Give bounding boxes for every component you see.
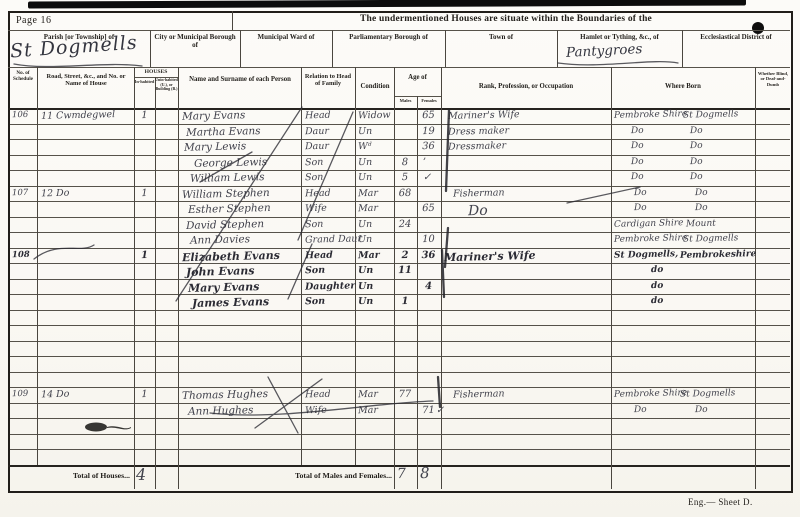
cell-condition: Un — [358, 234, 372, 245]
table-row: Mary EvansDaughterUn4do — [0, 279, 800, 295]
table-row: 10712 Do1William StephenHeadMar68Fisherm… — [0, 186, 800, 202]
column-header-houses: HOUSES — [134, 69, 178, 75]
cell-road: 11 Cwmdegwel — [41, 109, 115, 122]
cell-where-born: Do — [631, 125, 644, 135]
cell-where-born: do — [651, 296, 664, 306]
cell-age-males: 8 — [394, 156, 416, 168]
cell-relation: Grand Daur — [305, 233, 362, 245]
cell-condition: Wᵈ — [358, 141, 372, 152]
cell-where-born: Do — [634, 405, 647, 415]
cell-relation: Wife — [305, 405, 327, 417]
table-row: William LewisSonUn5DoDo✓ — [0, 170, 800, 186]
cell-where-born: do — [651, 281, 664, 291]
cell-condition: Un — [358, 281, 373, 292]
cell-where-born: do — [651, 265, 664, 275]
table-row: Martha EvansDaurUn19Dress makerDoDo — [0, 124, 800, 140]
cell-name: Mary Lewis — [184, 140, 247, 154]
cell-where-born: Do — [694, 187, 707, 197]
cell-name: William Stephen — [182, 187, 270, 201]
cell-name: Thomas Hughes — [182, 388, 268, 402]
sheet-reference-label: Eng.— Sheet D. — [688, 497, 753, 507]
table-row — [0, 449, 800, 465]
cell-where-born: Do — [634, 187, 647, 197]
cell-name: Elizabeth Evans — [182, 248, 280, 263]
cell-condition: Mar — [358, 389, 378, 400]
grid-vline — [441, 465, 442, 489]
table-row — [0, 434, 800, 450]
cell-condition: Un — [358, 296, 373, 307]
cell-age-females: 19 — [417, 125, 440, 137]
grid-vline — [332, 30, 333, 67]
cell-occupation: Mariner's Wife — [444, 249, 536, 264]
table-row: John EvansSonUn11do — [0, 263, 800, 279]
cell-where-born: Do — [631, 172, 644, 182]
cell-where-born: Do — [690, 125, 703, 135]
grid-vline — [682, 30, 683, 67]
table-row: James EvansSonUn1do — [0, 294, 800, 310]
cell-name: Mary Evans — [188, 280, 260, 295]
table-row — [0, 341, 800, 357]
cell-age-females: 65 — [417, 110, 440, 122]
grid-hline — [8, 30, 790, 31]
cell-where-born: Pembroke Shire — [614, 109, 687, 121]
cell-where-born: Do — [694, 203, 707, 213]
cell-schedule: 108 — [12, 249, 35, 260]
table-row: David StephenSonUn24Cardigan ShireMount — [0, 217, 800, 233]
grid-vline — [557, 30, 558, 67]
table-row: Esther StephenWifeMar65DoDoDo — [0, 201, 800, 217]
column-header-occupation: Rank, Profession, or Occupation — [443, 83, 609, 91]
cell-tally-tick: ✓ — [436, 405, 445, 416]
column-header-inhabited: In-habited — [134, 79, 155, 84]
location-col-label: Parliamentary Borough of — [335, 33, 442, 41]
table-row: Ann HughesWifeMar71DoDo✓ — [0, 403, 800, 419]
cell-relation: Son — [305, 172, 324, 183]
cell-where-born: St Dogmells, — [614, 249, 678, 261]
cell-age-males: 68 — [394, 187, 416, 199]
cell-road: 14 Do — [41, 389, 70, 401]
cell-condition: Mar — [358, 405, 378, 416]
cell-schedule: 109 — [12, 389, 35, 400]
cell-relation: Daughter — [305, 280, 356, 292]
column-header-males: Males — [394, 98, 417, 103]
cell-relation: Daur — [305, 141, 329, 153]
total-houses-value: 4 — [136, 465, 147, 484]
cell-where-born: Do — [631, 141, 644, 151]
grid-vline — [240, 30, 241, 67]
cell-where-born: Mount — [686, 218, 716, 229]
cell-name: Esther Stephen — [188, 202, 271, 216]
cell-name: George Lewis — [194, 156, 267, 170]
cell-inhabited: 1 — [134, 110, 155, 122]
cell-where-born: Do — [690, 156, 703, 166]
cell-condition: Un — [358, 156, 372, 167]
cell-inhabited: 1 — [134, 187, 155, 199]
cell-relation: Head — [305, 249, 333, 261]
cell-condition: Mar — [358, 187, 378, 198]
table-row: 10611 Cwmdegwel1Mary EvansHeadWidow65Mar… — [0, 108, 800, 124]
column-header-name: Name and Surname of each Person — [180, 76, 300, 84]
column-header-schedule: No. of Schedule — [10, 71, 36, 83]
cell-condition: Mar — [358, 203, 378, 214]
cell-condition: Un — [358, 218, 372, 229]
cell-relation: Head — [305, 389, 331, 401]
table-row: Mary LewisDaurWᵈ36DressmakerDoDo — [0, 139, 800, 155]
column-header-females: Females — [417, 98, 441, 103]
grid-vline — [394, 465, 395, 489]
cell-relation: Head — [305, 187, 331, 199]
cell-where-born: Do — [690, 141, 703, 151]
cell-condition: Un — [358, 265, 373, 276]
table-row: George LewisSonUn8DoDo’ — [0, 155, 800, 171]
location-col-label: Ecclesiastical District of — [685, 33, 787, 41]
cell-name: John Evans — [186, 264, 255, 279]
grid-vline — [134, 465, 135, 489]
cell-schedule: 106 — [12, 110, 35, 121]
cell-name: Mary Evans — [182, 109, 246, 123]
cell-where-born: Pembrokeshire — [680, 249, 757, 261]
cell-occupation: Mariner's Wife — [448, 109, 520, 122]
cell-age-females: 65 — [417, 203, 440, 215]
scan-edge-bar — [28, 0, 746, 9]
location-col-label: Town of — [448, 33, 554, 41]
total-houses-label: Total of Houses... — [14, 471, 130, 480]
cell-occupation: Dressmaker — [448, 140, 506, 152]
column-header-born: Where Born — [613, 83, 753, 91]
cell-age-males: 5 — [394, 172, 416, 184]
total-males-females-label: Total of Males and Females... — [180, 471, 392, 480]
cell-occupation: Dress maker — [448, 125, 509, 137]
grid-vline — [445, 30, 446, 67]
total-females-value: 8 — [420, 464, 430, 482]
cell-condition: Mar — [358, 249, 380, 261]
cell-where-born: Do — [694, 405, 707, 415]
location-col-label: Parish [or Township] of — [11, 33, 147, 41]
table-row: 1081Elizabeth EvansHeadMar236Mariner's W… — [0, 248, 800, 264]
grid-vline — [155, 465, 156, 489]
table-row — [0, 356, 800, 372]
cell-where-born: Do — [634, 203, 647, 213]
cell-schedule: 107 — [12, 187, 35, 198]
cell-name: Ann Hughes — [188, 404, 254, 418]
column-header-condition: Condition — [357, 83, 393, 91]
cell-name: James Evans — [192, 295, 269, 310]
table-row — [0, 418, 800, 434]
grid-vline — [417, 465, 418, 489]
location-col-label: City or Municipal Borough of — [153, 33, 237, 49]
cell-where-born: St Dogmells — [683, 233, 739, 244]
cell-where-born: Do — [631, 156, 644, 166]
cell-age-females: 10 — [417, 234, 440, 246]
cell-name: William Lewis — [190, 171, 265, 185]
cell-relation: Head — [305, 110, 331, 122]
column-header-age: Age of — [394, 74, 441, 82]
cell-condition: Un — [358, 172, 372, 183]
cell-age-males: 1 — [394, 296, 416, 308]
cell-age-males: 24 — [394, 218, 416, 230]
cell-age-males: 2 — [394, 249, 416, 261]
table-row — [0, 310, 800, 326]
cell-condition: Widow — [358, 110, 391, 122]
column-header-relation: Relation to Head of Family — [303, 73, 353, 88]
cell-inhabited: 1 — [134, 249, 155, 261]
cell-age-males: 77 — [394, 389, 416, 401]
cell-age-females: 4 — [417, 280, 440, 292]
cell-road: 12 Do — [41, 187, 70, 199]
cell-where-born: Pembroke Shire — [614, 233, 687, 245]
cell-where-born: St Dogmells — [683, 109, 739, 120]
cell-name: David Stephen — [186, 218, 264, 232]
location-col-label: Municipal Ward of — [243, 33, 329, 41]
cell-where-born: Do — [690, 172, 703, 182]
cell-name: Martha Evans — [186, 125, 261, 139]
cell-name: Ann Davies — [190, 233, 250, 246]
cell-tally-tick: ’ — [423, 157, 426, 168]
cell-condition: Un — [358, 125, 372, 136]
grid-vline — [178, 465, 179, 489]
cell-relation: Son — [305, 265, 325, 276]
cell-relation: Son — [305, 156, 324, 167]
table-row: 10914 Do1Thomas HughesHeadMar77Fisherman… — [0, 387, 800, 403]
location-col-label: Hamlet or Tything, &c., of — [560, 33, 679, 41]
cell-inhabited: 1 — [134, 389, 155, 401]
banner-title: The undermentioned Houses are situate wi… — [232, 14, 780, 24]
cell-tally-tick: ✓ — [423, 172, 432, 183]
census-document: Page 16 The undermentioned Houses are si… — [0, 0, 800, 517]
cell-age-females: 36 — [417, 141, 440, 153]
grid-vline — [150, 30, 151, 67]
cell-relation: Son — [305, 218, 324, 229]
cell-age-females: 36 — [417, 249, 440, 261]
column-header-disability: Whether Blind, or Deaf-and-Dumb — [756, 71, 790, 87]
table-row: Ann DaviesGrand DaurUn10Pembroke ShireSt… — [0, 232, 800, 248]
page-number: Page 16 — [16, 15, 51, 26]
cell-where-born: Cardigan Shire — [614, 218, 684, 230]
cell-relation: Son — [305, 296, 325, 307]
column-header-uninhabited: Unin-habited (U.), or Building (B.) — [155, 78, 178, 92]
cell-age-males: 11 — [394, 265, 416, 277]
cell-where-born: Pembroke Shire — [614, 388, 687, 400]
cell-relation: Wife — [305, 203, 327, 215]
grid-vline — [232, 11, 233, 30]
cell-occupation: Fisherman — [453, 389, 505, 401]
grid-vline — [755, 465, 756, 489]
cell-where-born: St Dogmells — [680, 389, 736, 400]
grid-vline — [611, 465, 612, 489]
grid-hline — [8, 67, 790, 68]
cell-relation: Daur — [305, 125, 329, 137]
column-header-road: Road, Street, &c., and No. or Name of Ho… — [39, 73, 133, 88]
total-males-value: 7 — [397, 466, 406, 482]
cell-occupation: Fisherman — [453, 187, 505, 199]
table-row — [0, 372, 800, 388]
table-row — [0, 325, 800, 341]
